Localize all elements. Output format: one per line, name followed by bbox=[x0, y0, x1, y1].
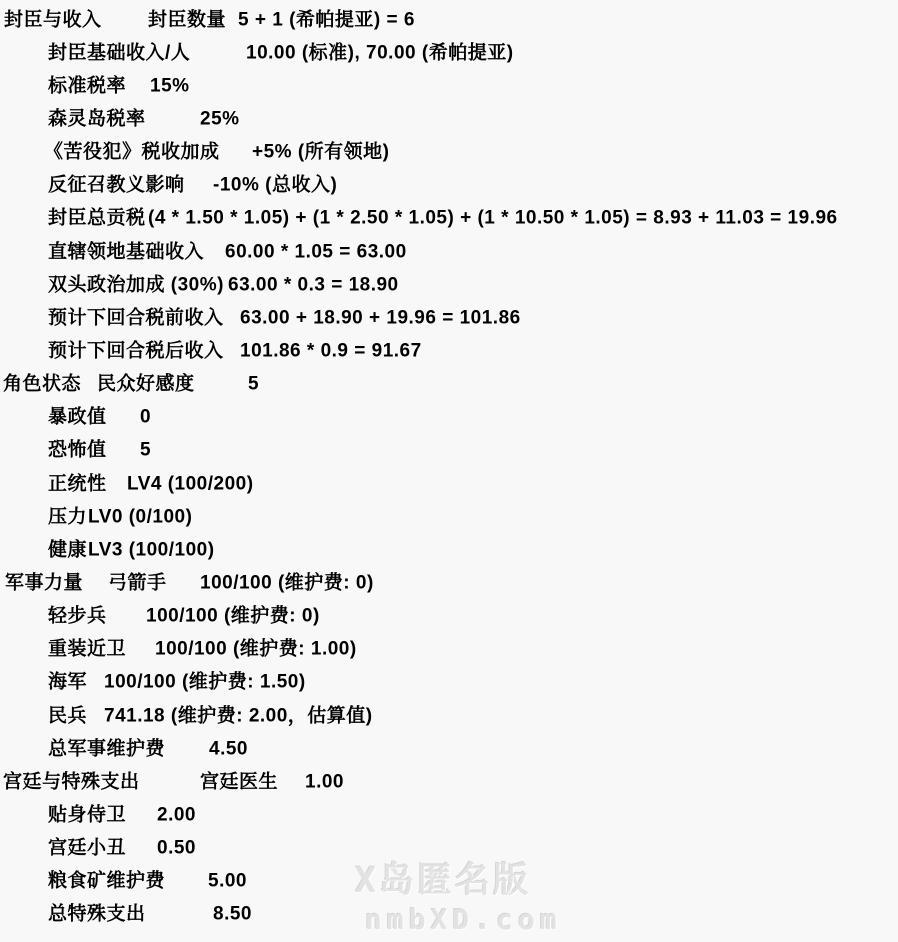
value-text: 5.00 bbox=[208, 872, 247, 891]
label-text: 贴身侍卫 bbox=[48, 805, 126, 824]
value-text: 60.00 * 1.05 = 63.00 bbox=[225, 242, 407, 261]
label-text: 封臣总贡税 bbox=[48, 209, 146, 228]
category-text: 军事力量 bbox=[5, 573, 83, 592]
stat-row: 封臣总贡税(4 * 1.50 * 1.05) + (1 * 2.50 * 1.0… bbox=[0, 202, 898, 235]
value-text: LV4 (100/200) bbox=[127, 474, 254, 493]
stat-row: 预计下回合税后收入101.86 * 0.9 = 91.67 bbox=[0, 334, 898, 367]
label-text: 预计下回合税前收入 bbox=[48, 308, 224, 327]
stat-row: 封臣基础收入/人10.00 (标准), 70.00 (希帕提亚) bbox=[0, 36, 898, 69]
label-text: 重装近卫 bbox=[48, 640, 126, 659]
stat-row: 恐怖值5 bbox=[0, 434, 898, 467]
value-text: 0.50 bbox=[157, 839, 196, 858]
stat-row: 暴政值0 bbox=[0, 401, 898, 434]
watermark-site-url: nmbXD.com bbox=[365, 906, 562, 934]
value-text: 5 bbox=[140, 441, 151, 460]
label-text: 暴政值 bbox=[48, 408, 107, 427]
label-text: 弓箭手 bbox=[108, 573, 167, 592]
value-text: LV0 (0/100) bbox=[88, 507, 192, 526]
value-text: 100/100 (维护费: 1.50) bbox=[104, 673, 306, 692]
value-text: 25% bbox=[200, 109, 240, 128]
label-text: 民众好感度 bbox=[97, 375, 195, 394]
watermark: X岛匿名版 nmbXD.com bbox=[355, 864, 562, 934]
stat-row: 健康LV3 (100/100) bbox=[0, 533, 898, 566]
label-text: 封臣数量 bbox=[148, 10, 226, 29]
label-text: 宫廷医生 bbox=[200, 772, 278, 791]
stat-row: 正统性LV4 (100/200) bbox=[0, 467, 898, 500]
stat-row: 宫廷与特殊支出宫廷医生1.00 bbox=[0, 765, 898, 798]
label-text: 轻步兵 bbox=[48, 607, 107, 626]
stat-row: 标准税率15% bbox=[0, 69, 898, 102]
label-text: 标准税率 bbox=[48, 76, 126, 95]
label-text: 压力 bbox=[48, 507, 87, 526]
label-text: 封臣基础收入/人 bbox=[48, 43, 190, 62]
stat-row: 预计下回合税前收入63.00 + 18.90 + 19.96 = 101.86 bbox=[0, 301, 898, 334]
label-text: 恐怖值 bbox=[48, 441, 107, 460]
value-text: -10% (总收入) bbox=[213, 176, 337, 195]
value-text: 100/100 (维护费: 0) bbox=[200, 573, 374, 592]
label-text: 健康 bbox=[48, 540, 87, 559]
stat-row: 重装近卫100/100 (维护费: 1.00) bbox=[0, 633, 898, 666]
category-text: 宫廷与特殊支出 bbox=[3, 772, 140, 791]
stat-row: 封臣与收入封臣数量5 + 1 (希帕提亚) = 6 bbox=[0, 3, 898, 36]
stat-row: 海军100/100 (维护费: 1.50) bbox=[0, 666, 898, 699]
label-text: 民兵 bbox=[48, 706, 87, 725]
stat-row: 反征召教义影响-10% (总收入) bbox=[0, 169, 898, 202]
value-text: 8.50 bbox=[213, 905, 252, 924]
label-text: 直辖领地基础收入 bbox=[48, 242, 204, 261]
value-text: 0 bbox=[140, 408, 151, 427]
value-text: 10.00 (标准), 70.00 (希帕提亚) bbox=[246, 43, 514, 62]
watermark-site-name: X岛匿名版 bbox=[355, 864, 562, 899]
label-text: 双头政治加成 (30%) bbox=[48, 275, 224, 294]
stat-row: 民兵741.18 (维护费: 2.00，估算值) bbox=[0, 699, 898, 732]
stat-row: 轻步兵100/100 (维护费: 0) bbox=[0, 600, 898, 633]
label-text: 宫廷小丑 bbox=[48, 839, 126, 858]
label-text: 总军事维护费 bbox=[48, 739, 165, 758]
value-text: 100/100 (维护费: 0) bbox=[146, 607, 320, 626]
stat-row: 压力LV0 (0/100) bbox=[0, 500, 898, 533]
stats-document: 封臣与收入封臣数量5 + 1 (希帕提亚) = 6封臣基础收入/人10.00 (… bbox=[0, 0, 898, 942]
stat-row: 贴身侍卫2.00 bbox=[0, 798, 898, 831]
label-text: 粮食矿维护费 bbox=[48, 872, 165, 891]
stat-row: 角色状态民众好感度5 bbox=[0, 368, 898, 401]
value-text: LV3 (100/100) bbox=[88, 540, 215, 559]
value-text: 1.00 bbox=[305, 772, 344, 791]
value-text: 2.00 bbox=[157, 805, 196, 824]
label-text: 《苦役犯》税收加成 bbox=[44, 143, 220, 162]
value-text: 15% bbox=[150, 76, 190, 95]
value-text: (4 * 1.50 * 1.05) + (1 * 2.50 * 1.05) + … bbox=[148, 209, 838, 228]
stat-row: 双头政治加成 (30%)63.00 * 0.3 = 18.90 bbox=[0, 268, 898, 301]
category-text: 角色状态 bbox=[3, 375, 81, 394]
value-text: 5 bbox=[248, 375, 259, 394]
value-text: 741.18 (维护费: 2.00，估算值) bbox=[104, 706, 373, 725]
stat-row: 《苦役犯》税收加成+5% (所有领地) bbox=[0, 136, 898, 169]
value-text: +5% (所有领地) bbox=[252, 143, 390, 162]
value-text: 5 + 1 (希帕提亚) = 6 bbox=[238, 10, 415, 29]
label-text: 森灵岛税率 bbox=[48, 109, 146, 128]
label-text: 预计下回合税后收入 bbox=[48, 341, 224, 360]
value-text: 4.50 bbox=[209, 739, 248, 758]
stat-row: 总军事维护费4.50 bbox=[0, 732, 898, 765]
stat-row: 森灵岛税率25% bbox=[0, 102, 898, 135]
label-text: 正统性 bbox=[48, 474, 107, 493]
label-text: 总特殊支出 bbox=[48, 905, 146, 924]
category-text: 封臣与收入 bbox=[4, 10, 102, 29]
stat-row: 军事力量弓箭手100/100 (维护费: 0) bbox=[0, 566, 898, 599]
value-text: 63.00 * 0.3 = 18.90 bbox=[228, 275, 399, 294]
stat-row: 直辖领地基础收入60.00 * 1.05 = 63.00 bbox=[0, 235, 898, 268]
label-text: 反征召教义影响 bbox=[48, 176, 185, 195]
value-text: 101.86 * 0.9 = 91.67 bbox=[240, 341, 422, 360]
value-text: 63.00 + 18.90 + 19.96 = 101.86 bbox=[240, 308, 521, 327]
stat-row: 宫廷小丑0.50 bbox=[0, 832, 898, 865]
stat-lines: 封臣与收入封臣数量5 + 1 (希帕提亚) = 6封臣基础收入/人10.00 (… bbox=[0, 3, 898, 931]
label-text: 海军 bbox=[48, 673, 87, 692]
value-text: 100/100 (维护费: 1.00) bbox=[155, 640, 357, 659]
